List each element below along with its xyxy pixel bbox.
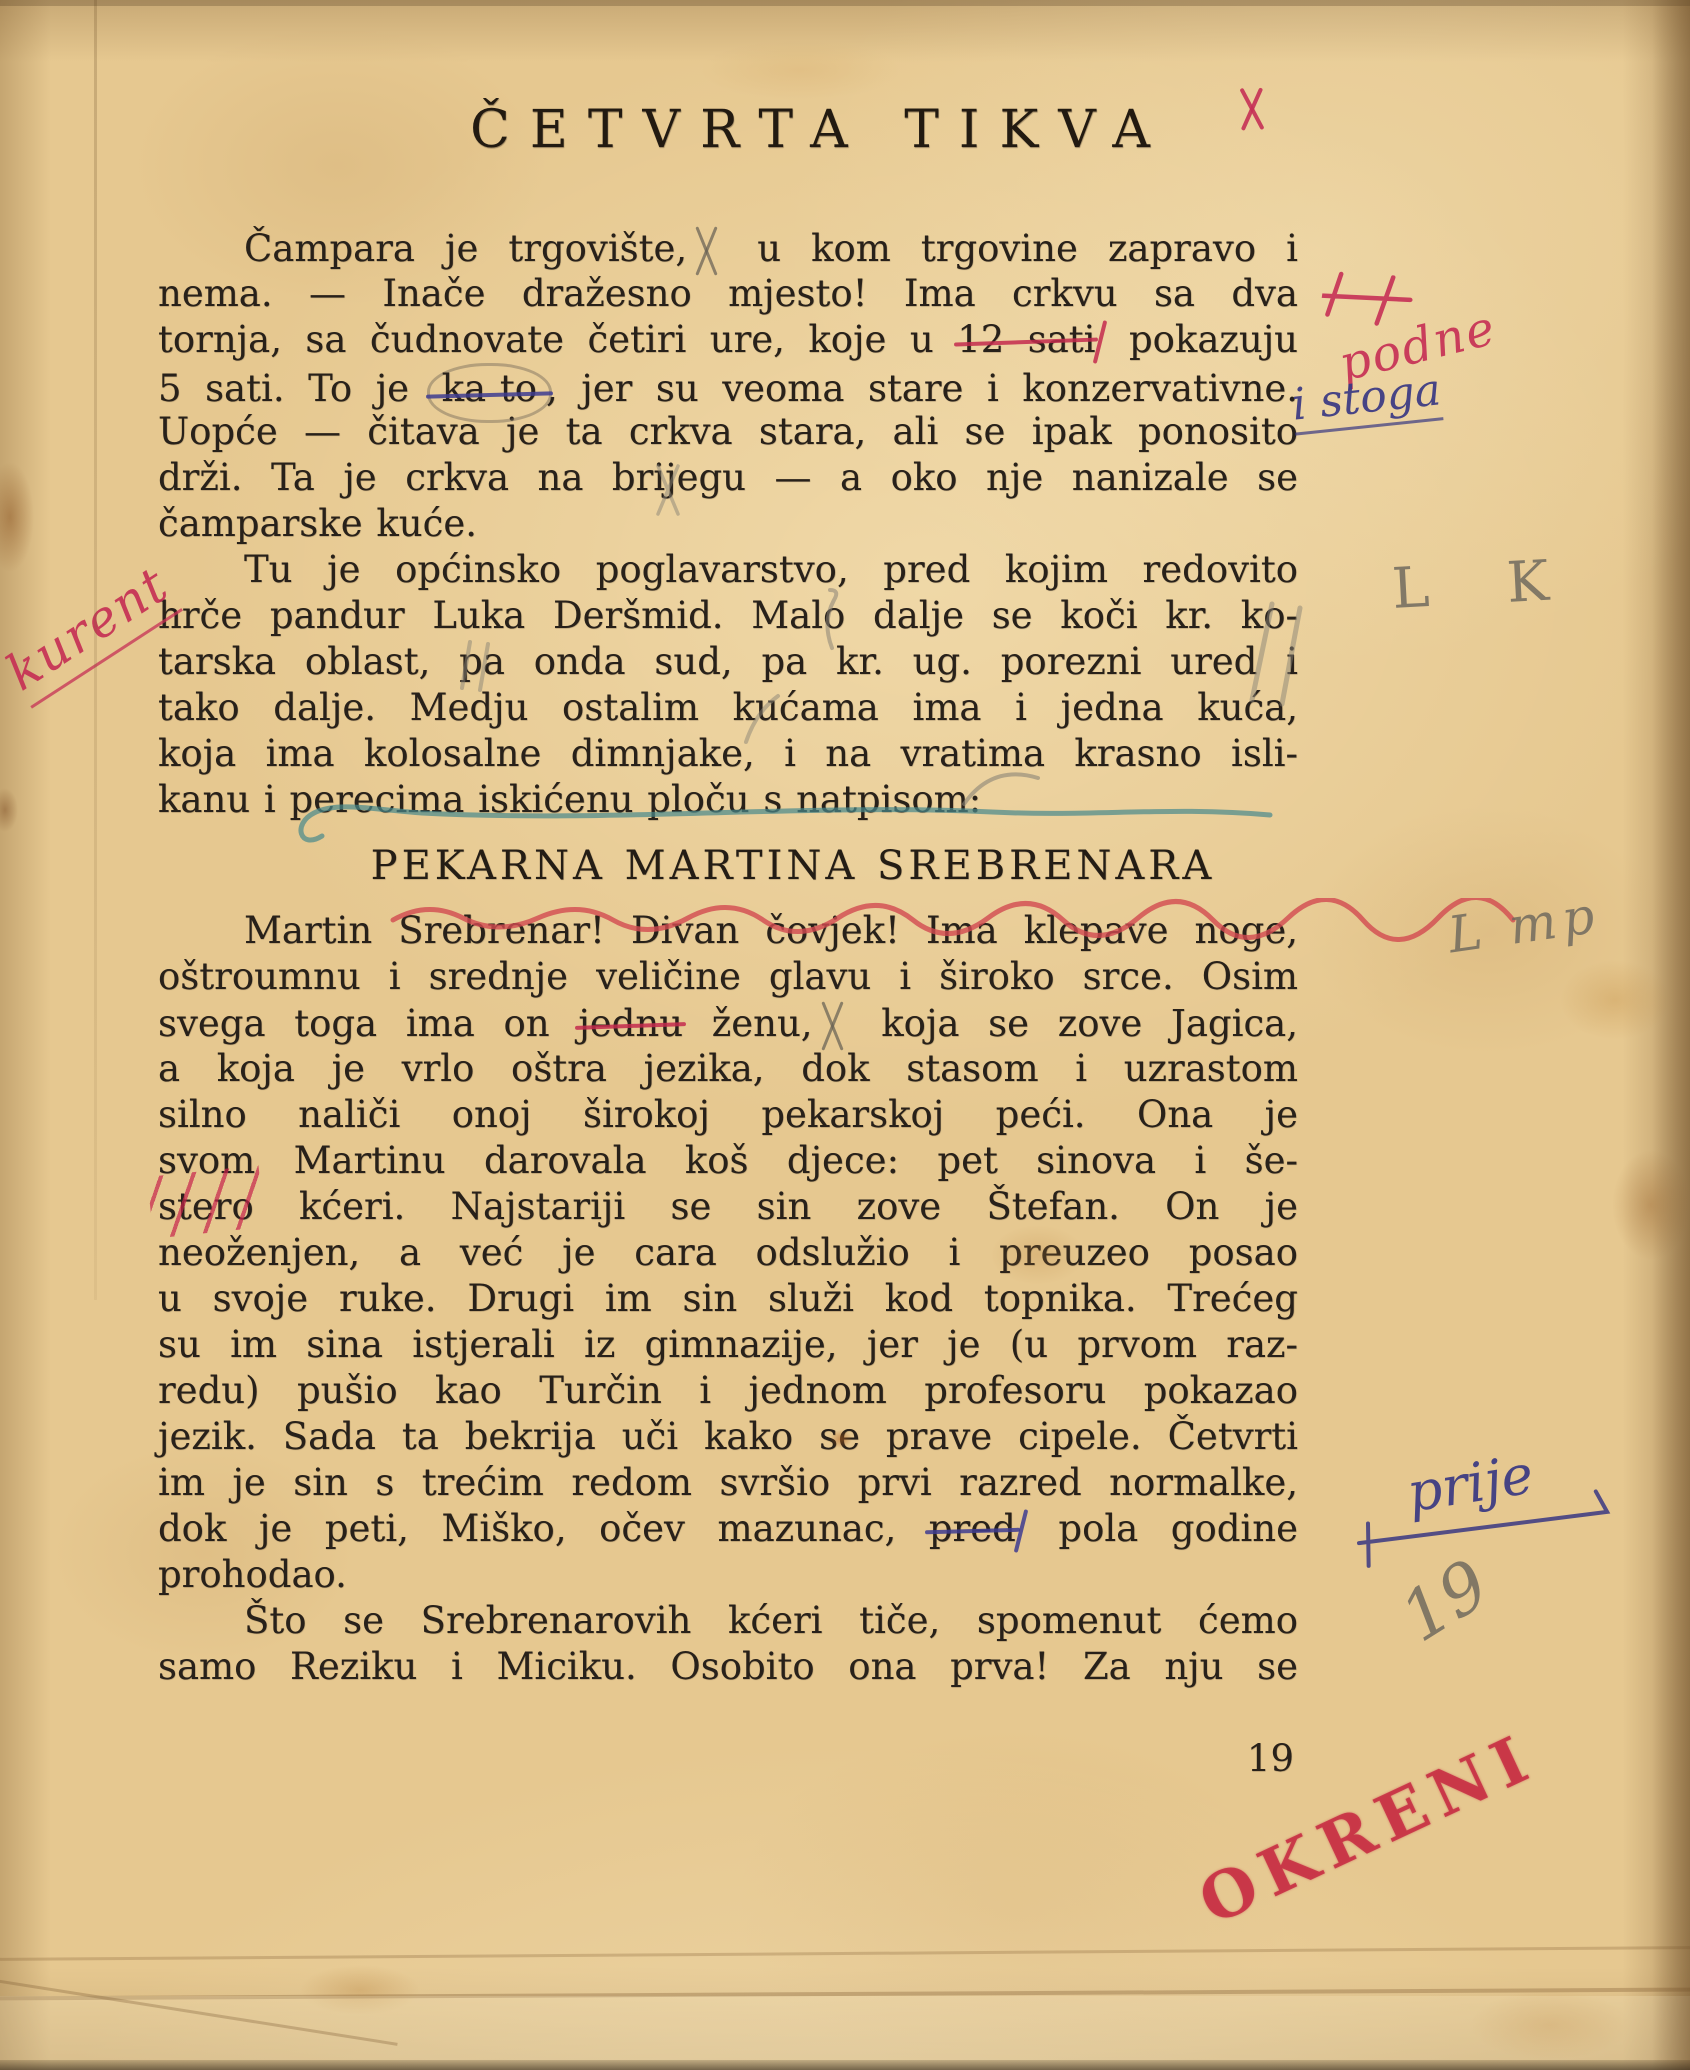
pencil-x-mark: [815, 1000, 851, 1052]
text-segment: , jer su veoma stare i konzervativne.: [546, 367, 1298, 410]
text-segment: im je sin s trećim redom svršio prvi raz…: [158, 1461, 1298, 1504]
text-line: Čampara je trgovište, u kom trgovine zap…: [158, 225, 1298, 271]
margin-note-kurent: kurent: [0, 555, 183, 709]
text-line: oštroumnu i srednje veličine glavu i šir…: [158, 954, 1298, 1000]
text-line: a koja je vrlo oštra jezika, dok stasom …: [158, 1046, 1298, 1092]
red-wavy-underline: [388, 898, 1538, 942]
text-segment: oštroumnu i srednje veličine glavu i šir…: [158, 955, 1298, 998]
text-segment: svom Martinu darovala koš djece: pet sin…: [158, 1139, 1298, 1182]
stain: [1470, 1990, 1630, 2060]
text-line: nema. — Inače dražesno mjesto! Ima crkvu…: [158, 271, 1298, 317]
text-segment: u kom trgovine zapravo i: [727, 227, 1298, 270]
text-line: čamparske kuće.: [158, 501, 1298, 547]
page-number: 19: [158, 1736, 1298, 1782]
fold-crease: [0, 1946, 1690, 1961]
pencil-squiggle-natpisom: [958, 760, 1048, 816]
text-segment: kćeri. Najstariji se sin zove Štefan. On…: [254, 1185, 1298, 1228]
fold-crease: [0, 1988, 1690, 2001]
text-segment: koja se zove Jagica,: [853, 1002, 1298, 1045]
page-edge-shadow: [0, 0, 1690, 6]
stain: [300, 1965, 420, 2015]
stain: [1560, 960, 1670, 1040]
text-segment: drži. Ta je crkva na brijegu — a oko nje…: [158, 456, 1298, 499]
text-line: jezik. Sada ta bekrija uči kako se prave…: [158, 1414, 1298, 1460]
strike-blue-mark: pred: [929, 1507, 1016, 1550]
paragraph: Martin Srebrenar! Divan čovjek! Ima klep…: [158, 908, 1298, 1598]
text-segment: čamparske kuće.: [158, 502, 477, 545]
text-line: silno naliči onoj širokoj pekarskoj peći…: [158, 1092, 1298, 1138]
text-line: hrče pandur Luka Deršmid. Malo dalje se …: [158, 593, 1298, 639]
text-segment: ženu,: [683, 1002, 813, 1045]
text-segment: Čampara je trgovište,: [244, 227, 687, 270]
stain: [1612, 1150, 1690, 1260]
text-segment: dok je peti, Miško, očev mazunac,: [158, 1507, 929, 1550]
text-line: su im sina istjerali iz gimnazije, jer j…: [158, 1322, 1298, 1368]
text-segment: pokazuju: [1105, 318, 1298, 361]
text-line: tarska oblast, pa onda sud, pa kr. ug. p…: [158, 639, 1298, 685]
pencil-squiggle-dimnjake: [738, 686, 786, 748]
pencil-x-mark: [689, 225, 725, 277]
pencil-squiggle-medju: [452, 636, 496, 692]
paragraph: Što se Srebrenarovih kćeri tiče, spomenu…: [158, 1598, 1298, 1690]
text-segment: silno naliči onoj širokoj pekarskoj peći…: [158, 1093, 1298, 1136]
text-segment: prohodao.: [158, 1553, 347, 1596]
text-line: tako dalje. Medju ostalim kućama ima i j…: [158, 685, 1298, 731]
text-line: u svoje ruke. Drugi im sin služi kod top…: [158, 1276, 1298, 1322]
red-hatch-mark: stero: [158, 1185, 254, 1228]
pencil-x-koci: [648, 462, 688, 518]
circled-blue-mark: ka to: [427, 363, 552, 423]
red-caret-mark: [1095, 320, 1105, 364]
text-segment: Uopće — čitava je ta crkva stara, ali se…: [158, 410, 1298, 453]
text-segment: hrče pandur Luka Deršmid. Malo dalje se …: [158, 594, 1298, 637]
text-segment: jezik. Sada ta bekrija uči kako se prave…: [158, 1415, 1298, 1458]
text-segment: samo Reziku i Miciku. Osobito ona prva! …: [158, 1645, 1298, 1688]
text-segment: tako dalje. Medju ostalim kućama ima i j…: [158, 686, 1298, 729]
page-title: ČETVRTA TIKVA: [250, 100, 1390, 160]
paragraph-group-top: Čampara je trgovište, u kom trgovine zap…: [158, 225, 1298, 823]
pencil-squiggle-kr: [818, 588, 854, 652]
paragraph-group-bottom: Martin Srebrenar! Divan čovjek! Ima klep…: [158, 908, 1298, 1690]
margin-note-lk: L K: [1390, 547, 1580, 622]
text-segment: Što se Srebrenarovih kćeri tiče, spomenu…: [244, 1599, 1298, 1642]
text-segment: svega toga ima on: [158, 1002, 578, 1045]
paper-light-strip: [0, 1996, 1690, 2070]
pencil-squiggle-margin: [1238, 596, 1310, 708]
stain: [0, 462, 34, 572]
blue-caret-mark: [1016, 1509, 1026, 1553]
text-line: tornja, sa čudnovate četiri ure, koje u …: [158, 317, 1298, 363]
text-segment: Tu je općinsko poglavarstvo, pred kojim …: [244, 548, 1298, 591]
text-segment: su im sina istjerali iz gimnazije, jer j…: [158, 1323, 1298, 1366]
text-segment: a koja je vrlo oštra jezika, dok stasom …: [158, 1047, 1298, 1090]
text-line: drži. Ta je crkva na brijegu — a oko nje…: [158, 455, 1298, 501]
text-line: neoženjen, a već je cara odslužio i preu…: [158, 1230, 1298, 1276]
text-segment: pola godine: [1026, 1507, 1298, 1550]
page-edge-shadow: [1652, 0, 1690, 2070]
text-column: Čampara je trgovište, u kom trgovine zap…: [158, 225, 1298, 1782]
text-line: Tu je općinsko poglavarstvo, pred kojim …: [158, 547, 1298, 593]
text-segment: neoženjen, a već je cara odslužio i preu…: [158, 1231, 1298, 1274]
text-segment: u svoje ruke. Drugi im sin služi kod top…: [158, 1277, 1298, 1320]
paragraph: Tu je općinsko poglavarstvo, pred kojim …: [158, 547, 1298, 823]
stain: [0, 788, 18, 832]
strike-red-mark: jednu: [578, 1002, 683, 1045]
text-segment: tarska oblast, pa onda sud, pa kr. ug. p…: [158, 640, 1298, 683]
page-edge-shadow: [0, 2060, 1690, 2070]
text-segment: tornja, sa čudnovate četiri ure, koje u: [158, 318, 957, 361]
strike-red-mark: 12 sati: [957, 318, 1095, 361]
text-line: redu) pušio kao Turčin i jednom profesor…: [158, 1368, 1298, 1414]
text-line: dok je peti, Miško, očev mazunac, pred p…: [158, 1506, 1298, 1552]
text-line: svom Martinu darovala koš djece: pet sin…: [158, 1138, 1298, 1184]
text-line: samo Reziku i Miciku. Osobito ona prva! …: [158, 1644, 1298, 1690]
text-line: 5 sati. To je ka to, jer su veoma stare …: [158, 363, 1298, 409]
text-line: im je sin s trećim redom svršio prvi raz…: [158, 1460, 1298, 1506]
text-line: stero kćeri. Najstariji se sin zove Štef…: [158, 1184, 1298, 1230]
margin-note-i-stoga: i stoga: [1289, 364, 1443, 435]
stain: [700, 40, 900, 100]
text-segment: nema. — Inače dražesno mjesto! Ima crkvu…: [158, 272, 1298, 315]
text-segment: 5 sati. To je: [158, 367, 433, 410]
text-line: Uopće — čitava je ta crkva stara, ali se…: [158, 409, 1298, 455]
text-line: koja ima kolosalne dimnjake, i na vratim…: [158, 731, 1298, 777]
fold-crease: [0, 1977, 398, 2046]
red-x-mark: [1236, 86, 1268, 132]
paragraph: Čampara je trgovište, u kom trgovine zap…: [158, 225, 1298, 547]
teal-underline-curve: [292, 794, 1287, 858]
text-segment: redu) pušio kao Turčin i jednom profesor…: [158, 1369, 1298, 1412]
text-line: svega toga ima on jednu ženu, koja se zo…: [158, 1000, 1298, 1046]
margin-note-prije: prije: [1346, 1426, 1649, 1575]
text-segment: koja ima kolosalne dimnjake, i na vratim…: [158, 732, 1298, 775]
scanned-book-page: ČETVRTA TIKVA Čampara je trgovište, u ko…: [0, 0, 1690, 2070]
text-line: prohodao.: [158, 1552, 1298, 1598]
text-line: Što se Srebrenarovih kćeri tiče, spomenu…: [158, 1598, 1298, 1644]
